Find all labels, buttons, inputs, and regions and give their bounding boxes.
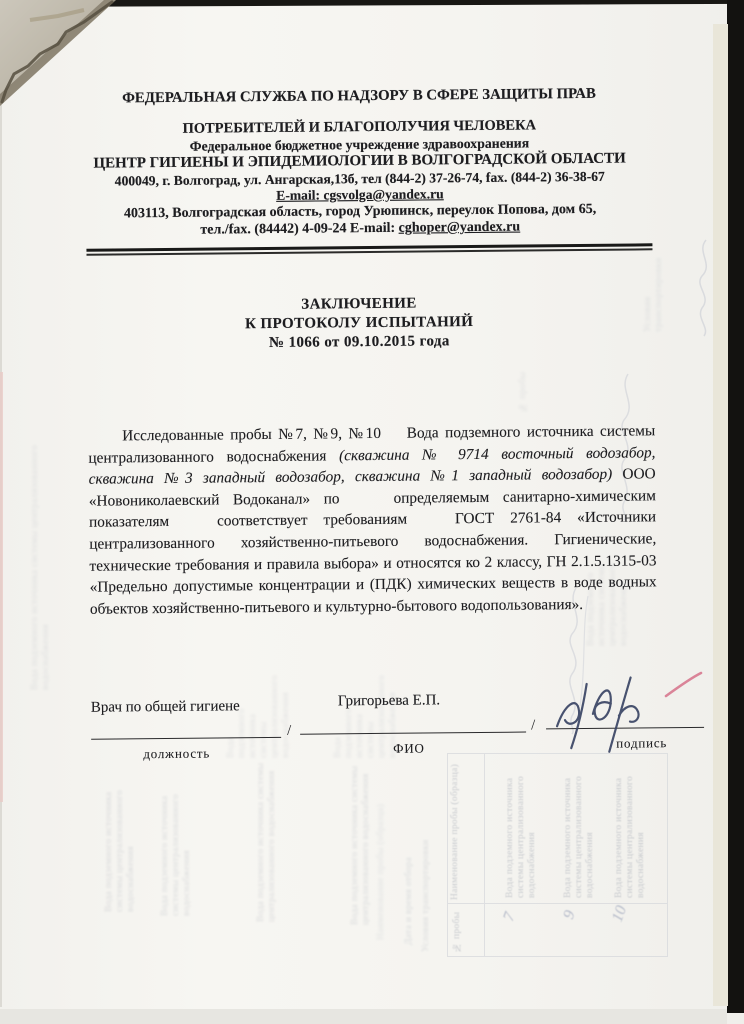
slash-2: / [531,717,535,734]
header-divider-rule [86,243,652,255]
name-line [300,732,526,735]
document-content: ФЕДЕРАЛЬНАЯ СЛУЖБА ПО НАДЗОРУ В СФЕРЕ ЗА… [0,0,744,1024]
header-email-2: cghoper@yandex.ru [399,220,521,236]
label-position: должность [143,746,210,763]
signer-name: Григорьева Е.П. [338,692,440,710]
scanned-page: Наименование пробы (образца) № пробы Вод… [0,0,744,1024]
conclusion-paragraph: Исследованные пробы №7, №9, №10 Вода под… [88,420,657,620]
pink-pen-mark [663,670,705,700]
title-line-3: № 1066 от 09.10.2015 года [59,331,659,354]
position-line [91,737,281,740]
header-line-1: ФЕДЕРАЛЬНАЯ СЛУЖБА ПО НАДЗОРУ В СФЕРЕ ЗА… [59,85,659,108]
header-line-8-prefix: тел./fax. (84442) 4-09-24 E-mail: [200,221,398,238]
handwritten-signature [550,667,661,760]
slash-1: / [287,723,291,740]
label-name: ФИО [393,741,425,757]
signer-position: Врач по общей гигиене [91,698,240,716]
paragraph-part-2: ООО «Новониколаевский Водоканал» по опре… [89,465,657,617]
